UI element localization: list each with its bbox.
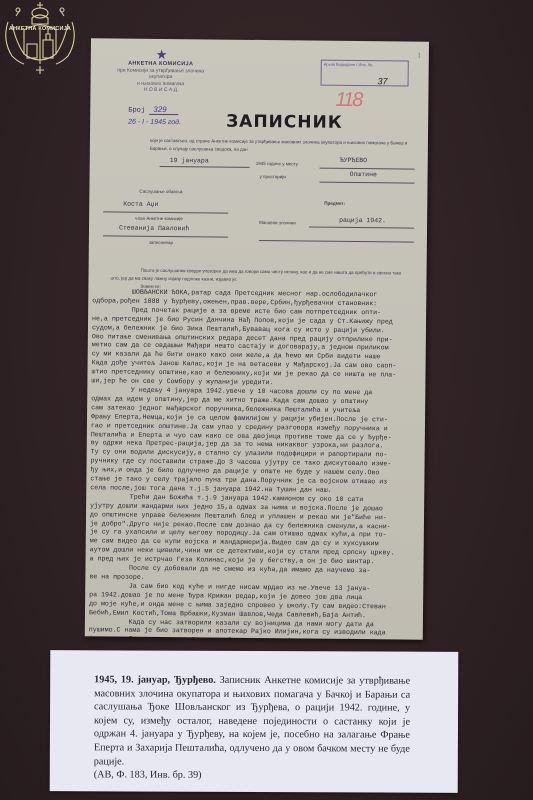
date-field: 19 јануара xyxy=(170,157,209,164)
premises-label: у просторији xyxy=(260,174,286,179)
document-title: ЗАПИСНИК xyxy=(226,112,343,133)
double-headed-eagle-coat-of-arms-icon xyxy=(0,0,80,80)
heard-by-label: Саслушање обавља: xyxy=(139,189,183,194)
recorder-label: записничар xyxy=(149,240,173,245)
page-number: 1 xyxy=(417,52,421,60)
intro-text: који је састављен, од стране Анкетне ком… xyxy=(150,137,416,156)
stamp-number: 37 xyxy=(378,79,388,84)
caption-description: Записник Анкетне комисије за утврђивање … xyxy=(94,675,410,767)
crimes-field: рацијa 1942. xyxy=(339,217,386,224)
coat-of-arms-emblem: АНКЕТНА КОМИСИЈА xyxy=(0,0,80,80)
emblem-label: АНКЕТНА КОМИСИЈА xyxy=(0,26,80,33)
subject-label: Предмет: xyxy=(324,201,345,206)
heard-by-field: Коста Аџи xyxy=(123,201,158,208)
place-field: ЂУРЂЕВО xyxy=(340,157,367,164)
archive-stamp: Архив Војводине / Инв. бр. 37 xyxy=(321,60,409,87)
year-label: 1945 године у месту xyxy=(256,161,298,166)
reference-date: 26 - I - 1945 год. xyxy=(128,119,181,127)
archival-document-zapisnik: ★ АНКЕТНА КОМИСИЈА при Комисији за утврђ… xyxy=(85,38,429,640)
reference-number: Број 329 26 - I - 1945 год. xyxy=(128,105,181,127)
crimes-label: Масовни злочини xyxy=(259,220,296,225)
testimony-text: ШОВЉАНСКИ ЂОКА,ратар сада Претседник мес… xyxy=(88,288,422,639)
organization-header: АНКЕТНА КОМИСИЈА при Комисији за утврђив… xyxy=(110,60,210,94)
premises-field: Општине xyxy=(350,171,377,178)
caption-source: (АВ, Ф. 183, Инв. бр. 39) xyxy=(94,768,410,783)
red-pencil-mark: 118 xyxy=(335,89,361,112)
caption-heading: 1945, 19. јануар, Ђурђево. xyxy=(94,674,216,686)
member-label: члан Анкетне комисије xyxy=(135,216,183,221)
caption-card: 1945, 19. јануар, Ђурђево. Записник Анке… xyxy=(50,650,459,793)
caption-text: 1945, 19. јануар, Ђурђево. Записник Анке… xyxy=(94,673,410,783)
recorder-field: Стеванија Павловић xyxy=(119,225,189,233)
